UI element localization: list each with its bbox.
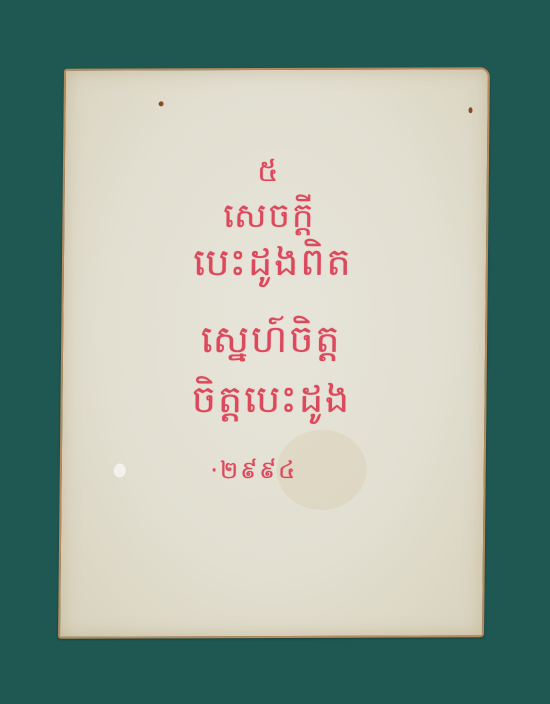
script-line-5: ចិត្តបេះដូង xyxy=(58,374,485,431)
rust-spot xyxy=(159,101,164,106)
script-line-1: ៥ xyxy=(51,151,487,197)
script-line-3: បេះដូងពិត xyxy=(60,237,487,294)
script-line-4: ស្នេហ៍ចិត្ត xyxy=(57,314,486,371)
paper-card: ៥ សេចក្តី បេះដូងពិត ស្នេហ៍ចិត្ត ចិត្តបេះ… xyxy=(58,67,490,639)
script-date-line: ·២៩៩៤ xyxy=(24,454,484,491)
rust-spot xyxy=(468,107,472,113)
